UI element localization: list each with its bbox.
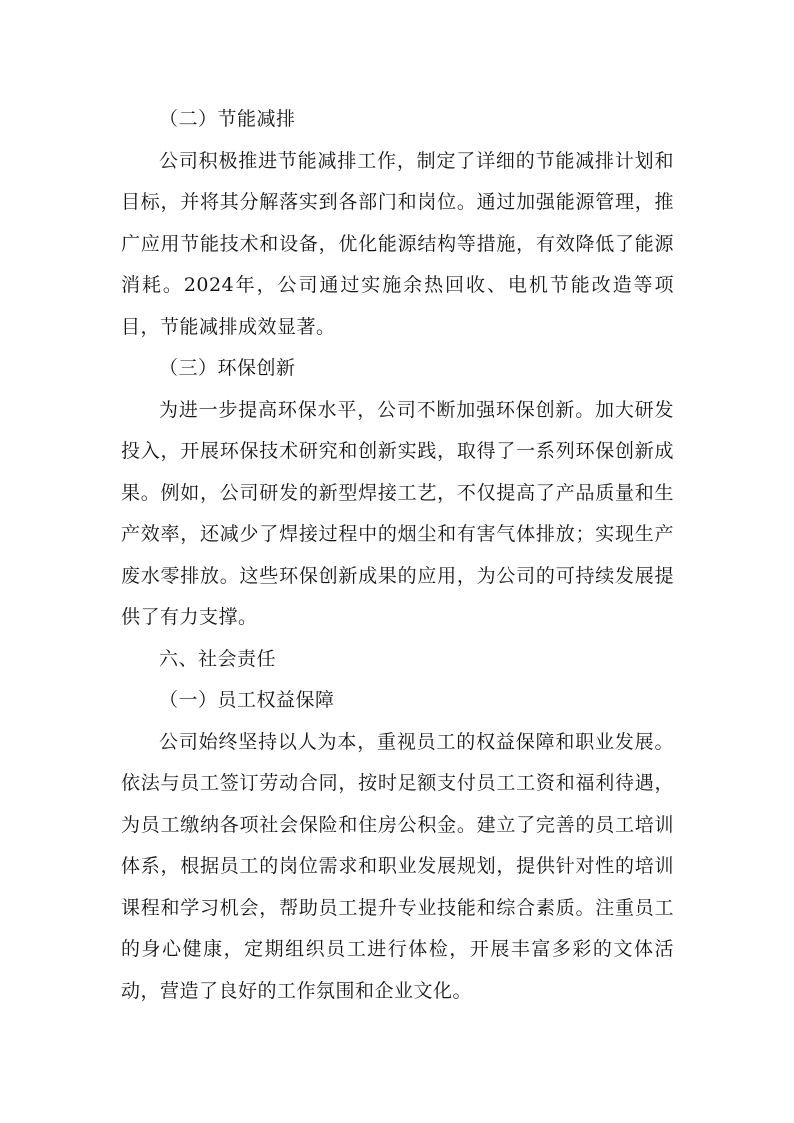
document-page: （二）节能减排 公司积极推进节能减排工作，制定了详细的节能减排计划和目标，并将其…: [0, 0, 794, 1123]
paragraph-environmental-innovation: 为进一步提高环保水平，公司不断加强环保创新。加大研发投入，开展环保技术研究和创新…: [121, 390, 674, 639]
section-heading-environmental-innovation: （三）环保创新: [121, 348, 674, 390]
section-heading-energy-saving: （二）节能减排: [121, 99, 674, 141]
paragraph-employee-rights: 公司始终坚持以人为本，重视员工的权益保障和职业发展。依法与员工签订劳动合同，按时…: [121, 722, 674, 1013]
section-heading-employee-rights: （一）员工权益保障: [121, 680, 674, 722]
paragraph-energy-saving: 公司积极推进节能减排工作，制定了详细的节能减排计划和目标，并将其分解落实到各部门…: [121, 141, 674, 349]
chapter-heading-social-responsibility: 六、社会责任: [121, 639, 674, 681]
